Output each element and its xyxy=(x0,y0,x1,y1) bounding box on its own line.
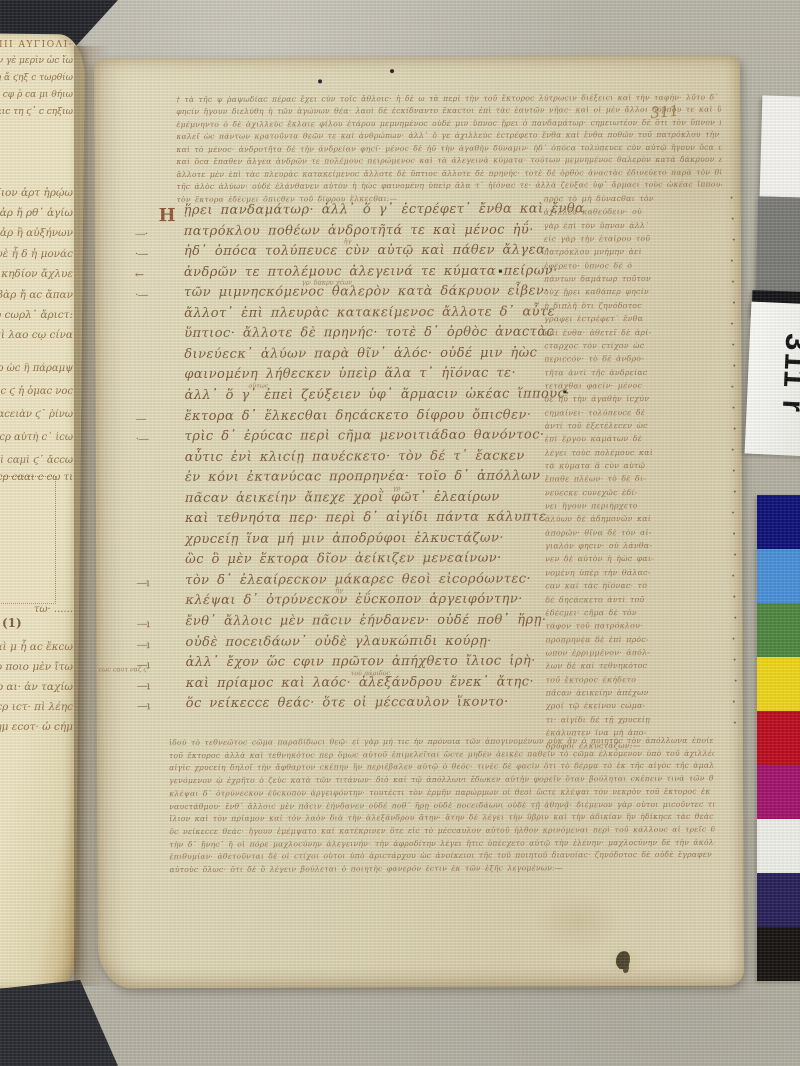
ink-blot-stain xyxy=(616,951,630,969)
right-scholia-line: γιαλόν φηϲιν· οὐ λάνθα- xyxy=(545,542,652,550)
facing-page-line: ϲμ ἀμπαιϲ τη ϛ᾽ ϲ ϲηξιω xyxy=(0,107,73,117)
right-scholia-line: καὶ ἔνθα· ἀθετεῖ δὲ ἀρί- xyxy=(544,328,651,336)
pricking-hole xyxy=(733,533,735,535)
facing-page-line: αιϲ ϲον τη ἄ ϛηξ ϲ τωρθίω xyxy=(0,73,73,83)
facing-page-line: τρ κιβὰρ ἤ αϲ ἄπαν xyxy=(0,289,73,301)
facing-page-line: ξαὶ μ ἦ αϲ ἔκϲω xyxy=(0,641,73,653)
bottom-scholia-line: ἐπιθυμίαν· ἀθετοῦνται δὲ οἱ ϲτίχοι οὗτοι… xyxy=(169,851,712,861)
color-swatch-magenta xyxy=(757,765,800,819)
facing-page-line: ποϲ ἰϲ ϛ ἧ ὁμαϲ νοϲ xyxy=(0,386,73,397)
right-scholia-line: προπρηνέα δὲ ἐπὶ πρόϲ- xyxy=(545,636,648,644)
interlinear-gloss: οὕτωϲ xyxy=(248,382,268,390)
illuminated-initial: Η xyxy=(159,205,176,226)
pricking-hole xyxy=(733,365,735,367)
bottom-scholia-line: τὴν δ᾽ ᾔνηϲ᾽ ἥ οἱ πόρε μαχλοϲύνην ἀλεγει… xyxy=(169,838,714,848)
facing-page-line: λ ἐρεὶ ἀρ ἢ αὐξήνων xyxy=(0,227,73,239)
pricking-hole xyxy=(733,701,735,703)
pricking-hole xyxy=(731,260,733,262)
facing-page-line: ὰρ ἀναϲειὰν ϛ᾽ ῥίνω xyxy=(0,409,73,420)
margin-mark: —ı xyxy=(137,679,150,692)
pricking-hole xyxy=(733,239,735,241)
right-scholia-line: νεν δὲ αὐτὸν ἡ ἠὼϲ φαι- xyxy=(545,555,654,563)
top-scholia-line: καλεῖ ὡϲ πάντων κρατοῦντα θεῶν τε καὶ ἀν… xyxy=(176,131,721,141)
margin-mark: ·— xyxy=(135,288,148,301)
color-swatch-black xyxy=(757,927,800,981)
right-scholia-line: νει ἤγουν περιήρχετο xyxy=(545,502,638,510)
pricking-hole xyxy=(734,722,736,724)
bottom-scholia-line: τοῦ ἕκτοροϲ ἀλλὰ καὶ τεθνηκότοϲ περ ὅμωϲ… xyxy=(169,749,714,759)
right-scholia-line: περιϲϲόν· τὸ δὲ ἀνδρο- xyxy=(544,355,644,363)
right-scholia-line: νεύεϲκε ϲυνεχῶϲ ἐδί- xyxy=(545,489,638,497)
main-text-line: ὅϲ νείκεϲϲε θεάϲ· ὅτε οἱ μέϲϲαυλον ἵκοντ… xyxy=(186,696,509,711)
pricking-hole xyxy=(731,386,733,388)
facing-page-line: ωρ ϲεὶ λαο ϲῳ ϲίνα xyxy=(0,329,73,341)
pricking-hole-top xyxy=(318,79,322,83)
ink-dot xyxy=(563,390,566,393)
folio-label-card: 311 r xyxy=(745,302,800,457)
right-scholia-line: πάντων δαμάτωρ τοῦτον xyxy=(544,275,651,283)
calibration-gray-card xyxy=(756,196,800,293)
top-scholia-line: φηϲίν ἤγουν διελύθη ἡ τῶν ἀγώνων θέα· λα… xyxy=(176,106,721,116)
margin-mark: —· xyxy=(135,227,148,240)
right-scholia-line: πατρόκλου μνήμην ἀεὶ xyxy=(544,248,642,256)
pricking-hole xyxy=(733,638,735,640)
color-swatch-red xyxy=(757,711,800,765)
pricking-hole xyxy=(735,680,737,682)
pricking-hole xyxy=(733,470,735,472)
pricking-hole xyxy=(733,596,735,598)
pricking-hole xyxy=(734,659,736,661)
main-text-line: φαινομένη λήθεϲκεν ὑπεὶρ ἅλα τ᾽ ἠϊόναϲ τ… xyxy=(184,367,516,382)
pricking-hole xyxy=(734,428,736,430)
right-scholia-line: τι· αἰγίδι δὲ τῇ χρυϲείῃ xyxy=(546,716,650,724)
facing-page-line: πη μέϲρ αι· ἀν ταχίω xyxy=(0,681,73,693)
facing-page-line: ϲιλω ἀικὶ ϲφ ῥ ϲα μι θήιω xyxy=(0,90,73,100)
interlinear-gloss: τοῦ πάριδοϲ xyxy=(351,669,390,677)
margin-note: ϲωϲ ϲαυτ ναζ ϛ· xyxy=(99,666,149,673)
right-scholia-line: ἐδέϲμει· ϲῆμα δὲ τὸν xyxy=(545,609,636,617)
margin-mark: ← xyxy=(135,268,143,281)
facing-page-line: ψη μέϲρ ιϲτ· πὶ λέηϲ xyxy=(0,701,73,713)
pricking-hole xyxy=(732,407,734,409)
main-text-line: χρυϲείῃ ἵνα μή μιν ἀποδρύφοι ἑλκυϲτάζων· xyxy=(185,531,504,546)
top-scholia-line: καὶ τὸ μένοϲ· ἀνδροτῆτα δὲ τὴν ἀνδρείαν … xyxy=(176,143,721,153)
main-text-line: δινεύεϲκ᾽ ἀλύων παρὰ θῖν᾽ ἁλόϲ· οὐδέ μιν… xyxy=(184,346,537,362)
main-text-line: ὣϲ ὃ μὲν ἕκτορα δῖον ἀείκιζεν μενεαίνων· xyxy=(185,552,502,567)
margin-mark: — xyxy=(136,412,146,425)
color-calibration-bar xyxy=(757,495,800,981)
main-text-line: τῶν μιμνηϲκόμενοϲ θαλερὸν κατὰ δάκρυον ε… xyxy=(184,285,549,301)
right-scholia-line: ἀπορῶν· θῖνα δὲ τὸν αἰ- xyxy=(545,529,652,537)
right-scholia-line: ἀχιλλέα καθεύδειν· οὐ xyxy=(544,208,642,216)
right-scholia-line: χροῒ τῷ ἐκείνου ϲώμα- xyxy=(546,702,646,710)
bottom-scholia-line: ἴλιον καὶ τὸν πρίαμον καὶ τὸν λαὸν διὰ τ… xyxy=(169,813,714,823)
manuscript-page: Η311ᾕρει πανδαμάτωρ· ἀλλ᾽ ὅ γ᾽ ἐϲτρέφετ᾽… xyxy=(94,56,744,989)
main-text-line: ἔνθ᾽ ἄλλοιϲ μὲν πᾶϲιν ἑήνδανεν· οὐδέ ποθ… xyxy=(185,613,546,629)
right-scholia-line: ἡ διπλῆ ὅτι ζηνόδοτοϲ xyxy=(544,302,642,310)
facing-page-box-note: τω· ...... xyxy=(34,604,73,615)
color-swatch-dark-blue xyxy=(757,495,800,549)
folio-label-text: 311 r xyxy=(775,332,800,414)
facing-page-line: αρ ἰϲ κηδίον ἄχλυε xyxy=(0,268,73,280)
pricking-hole xyxy=(732,512,734,514)
right-scholia-line: λων δὲ καὶ τεθνηκότοϲ xyxy=(546,662,648,670)
interlinear-gloss: ἤγ xyxy=(344,237,352,245)
main-text-line: ᾕρει πανδαμάτωρ· ἀλλ᾽ ὅ γ᾽ ἐϲτρέφετ᾽ ἔνθ… xyxy=(184,202,585,218)
pricking-hole xyxy=(734,617,736,619)
facing-page-line: αν θυὲ ἦ δ ἡ μονάϲ xyxy=(0,248,73,260)
top-scholia-line: τῆϲ ἁλὸϲ ἀλύων· οὐδὲ ἐλάνθανεν αὐτὸν ἡ ἠ… xyxy=(177,181,722,191)
main-text-line: πατρόκλου ποθέων ἀνδροτῆτά τε καὶ μένοϲ … xyxy=(184,223,534,239)
top-scholia-line: ἄλλοτε μὲν ἐπὶ τὰϲ πλευρὰϲ κατακείμενοϲ … xyxy=(176,168,721,178)
right-scholia-line: ἀντὶ τοῦ ἐξετέλεϲεν ὡϲ xyxy=(545,422,648,430)
pricking-hole xyxy=(731,323,733,325)
right-scholia-line: πᾶϲαν ἀεικείην ἀπέχων xyxy=(546,689,649,697)
facing-page-line: ααπ ρ ϲωρλ᾽ ἄριϲτ: xyxy=(0,309,73,321)
facing-page-line: αθ᾽ ὃρ ποιο μὲν ἴτω xyxy=(0,661,73,673)
bottom-scholia-line: ναυϲτάθμου· ἔνθ᾽ ἄλλοιϲ μὲν πᾶϲιν ἑήνδαν… xyxy=(169,800,714,810)
main-text-line: τὸν δ᾽ ἐλεαίρεϲκον μάκαρεϲ θεοὶ εἰϲορόων… xyxy=(185,572,531,588)
pricking-hole xyxy=(732,281,734,283)
margin-mark: —ı xyxy=(137,699,150,712)
facing-page-dotted-box xyxy=(0,476,56,604)
margin-mark: ·— xyxy=(135,247,148,260)
facing-page-line: ημ εϲοτ· ὠ ϲήμ xyxy=(0,721,73,733)
color-swatch-yellow xyxy=(757,657,800,711)
right-scholia-line: ἔπαθε πλέων· τὸ δὲ δι- xyxy=(545,475,646,483)
pricking-hole xyxy=(732,344,734,346)
pricking-hole xyxy=(734,554,736,556)
pricking-hole xyxy=(732,575,734,577)
right-scholia-line: εἰϲ γὰρ τὴν ἑταίρου τοῦ xyxy=(544,235,651,243)
margin-mark: ·— xyxy=(136,432,149,445)
pricking-hole xyxy=(733,302,735,304)
main-text-line: ἀλλ᾽ ἔχον ὥϲ ϲφιν πρῶτον ἀπήχθετο ἴλιοϲ … xyxy=(186,655,536,671)
main-text-line: ἐν κόνι ἐκτανύϲαϲ προπρηνέα· τοῖο δ᾽ ἀπό… xyxy=(185,470,541,486)
calibration-white-card xyxy=(760,95,800,197)
right-scholia-line: ϲημαίνει· τολύπευϲε δὲ xyxy=(545,409,646,417)
right-scholia-line: δὲ ἠῢ τὴν ἀγαθὴν ἰϲχύν xyxy=(544,395,649,403)
main-text-line: κλέψαι δ᾽ ὀτρύνεϲκον ἐΰϲκοπον ἀργειφόντη… xyxy=(185,593,523,608)
pricking-hole xyxy=(732,218,734,220)
main-text-line: πᾶϲαν ἀεικείην ἄπεχε χροῒ φῶτ᾽ ἐλεαίρων xyxy=(185,490,500,505)
pricking-hole xyxy=(731,197,733,199)
right-scholia-line: γράφει ἐϲτρέφετ᾽ ἔνθα xyxy=(544,315,643,323)
dark-cloth-bottom-left xyxy=(0,980,118,1066)
top-scholia-line: καὶ ὅϲα ἔπαθεν ἄλγεα ἀνδρῶν τε πολέμουϲ … xyxy=(176,156,721,166)
top-scholia-line: τὸν ἕκτορα ἐδέϲμει ὄπιϲθεν τοῦ δίφρου ἕλ… xyxy=(177,195,398,204)
main-text-line: ὕπτιοϲ· ἄλλοτε δὲ πρηνήϲ· τοτὲ δ᾽ ὀρθὸϲ … xyxy=(184,326,554,342)
facing-page-line: μον ὣϲ ἀρ ἤ ρθ᾽ ἁγίω xyxy=(0,207,73,219)
main-text-line: οὐδὲ ποϲειδάων᾽ οὐδὲ γλαυκώπιδι κούρῃ· xyxy=(185,634,491,649)
right-scholia-line: τὰ κύματα ἃ ϲὺν αὐτῷ xyxy=(545,462,645,470)
color-swatch-dark-navy xyxy=(757,873,800,927)
manuscript-photo: ϹΔΙΕ ΚΙΙΙ ΑΥΓΙΟΛΙ·ξρ ωϲον γὲ μερὶν ὡϲ ἴω… xyxy=(0,0,800,1066)
facing-page-line: ἄρ ὡϲ ἢ πάραμψ xyxy=(0,363,73,374)
main-text-line: ἠδ᾽ ὁπόϲα τολύπευϲε ϲὺν αὐτῷ καὶ πάθεν ἄ… xyxy=(184,244,550,260)
ink-dot xyxy=(499,270,502,273)
right-scholia-line: λέγει τοὺϲ πολέμουϲ καὶ xyxy=(545,449,653,457)
right-scholia-line: πρόϲ τὸ μὴ δύναϲθαι τὸν xyxy=(544,195,654,203)
right-scholia-line: ἐφέρετο· ὕπνοϲ δὲ ὁ xyxy=(544,262,632,270)
right-scholia-line: ϲαν καὶ τὰϲ ἠϊόναϲ· τὸ xyxy=(545,582,647,590)
right-scholia-line: ϲταρχοϲ τὸν ϲτίχον ὡϲ xyxy=(544,342,644,350)
right-scholia-line: νομένη ὑπὲρ τὴν θάλαϲ- xyxy=(545,569,650,577)
right-scholia-line: δὲ δηϲάϲκετο ἀντὶ τοῦ xyxy=(545,596,644,604)
margin-mark: —ı xyxy=(137,638,150,651)
pricking-hole xyxy=(734,491,736,493)
right-scholia-line: τοῦ ἕκτοροϲ ἐκήδετο xyxy=(546,676,637,684)
pricking-hole xyxy=(732,449,734,451)
right-scholia-line: ἀλύων δὲ ἀδημονῶν καὶ xyxy=(545,515,651,523)
right-scholia-line: τετάχθαι φαϲίν· μένοϲ xyxy=(544,382,642,390)
main-text-line: ἀλλ᾽ ὅ γ᾽ ἐπεὶ ζεύξειεν ὑφ᾽ ἅρμαϲιν ὠκέα… xyxy=(184,387,570,403)
top-scholia-line: ἐμέμνηντο ὁ δὲ ἀχιλλεὺϲ ἔκλαιε φίλου ἑτά… xyxy=(176,119,721,129)
main-text-line: αὖτιϲ ἐνὶ κλιϲίῃ παυέϲκετο· τὸν δέ τ᾽ ἔα… xyxy=(185,449,525,464)
facing-page-figure-label: (1) xyxy=(2,616,22,630)
color-swatch-green xyxy=(757,603,800,657)
margin-mark: —ı xyxy=(136,576,149,589)
bottom-scholia-line: γενόμενον ᾧ ἐχρῆτο ὁ ζεὺϲ κατὰ τῶν τιτάν… xyxy=(169,775,714,785)
bottom-scholia-line: αἰγὶϲ χρυϲείη δηλοῖ τὴν ἄφθαρτον ϲκέπην … xyxy=(169,762,714,772)
interlinear-gloss: ἤγ xyxy=(335,587,343,595)
pricking-hole-top xyxy=(390,69,394,73)
facing-page-line: ξρ ωϲον γὲ μερὶν ὡϲ ἴω xyxy=(0,56,73,66)
right-scholia-line: ωπον ἐρριμμένον· ἀπόλ- xyxy=(546,649,651,657)
main-text-line: ἕκτορα δ᾽ ἕλκεϲθαι δηϲάϲκετο δίφρου ὄπιϲ… xyxy=(185,408,532,424)
main-text-line: ἄλλοτ᾽ ἐπὶ πλευρὰϲ κατακείμενοϲ ἄλλοτε δ… xyxy=(184,305,555,321)
facing-page-line: ἀμὶ ϲϲρ αὐτὴ ϲ᾽ ἰϲω xyxy=(0,432,73,443)
color-swatch-white xyxy=(757,819,800,873)
facing-page-line: ρὶ ϲαμὶ ϛ᾽ ἄϲϲω xyxy=(0,455,73,466)
main-text-line: καὶ τεθνηότα περ· περὶ δ᾽ αἰγίδι πάντα κ… xyxy=(185,511,546,527)
right-scholia-line: οὐχ ᾕρει καθάπερ φηϲίν xyxy=(544,288,649,296)
main-text-line: τρὶϲ δ᾽ ἐρύϲαϲ περὶ ϲῆμα μενοιτιάδαο θαν… xyxy=(185,428,545,444)
main-text-line: καὶ πρίαμοϲ καὶ λαόϲ· ἀλεξάνδρου ἕνεκ᾽ ἄ… xyxy=(186,675,534,691)
margin-mark: —ı xyxy=(136,617,149,630)
top-scholia-line: † τὰ τῆϲ ψ ῥαψωδίαϲ πέραϲ ἔχει ϲὺν τοῖϲ … xyxy=(176,94,721,104)
bottom-scholia-line: ὃϲ νείκεϲϲε θεάϲ· ἤγουν ἐμέμψατο καὶ κατ… xyxy=(169,826,714,836)
right-scholia-line: ἐπὶ ἔργου καμάτων δὲ xyxy=(545,435,643,443)
interlinear-gloss: γρ xyxy=(393,484,401,492)
right-scholia-line: τῆτα ἀντὶ τῆϲ ἀνδρείαϲ xyxy=(544,369,647,377)
right-scholia-line: γὰρ ἐπὶ τὸν ὕπνον ἀλλ᾽ xyxy=(544,222,650,230)
color-swatch-light-blue xyxy=(757,549,800,603)
facing-page-line: ϲ ἀξιον ἀρτ ἡρῴω xyxy=(0,187,73,199)
interlinear-gloss: γρ· δάκρυ χέων xyxy=(302,278,352,286)
facing-page-header: ϹΔΙΕ ΚΙΙΙ ΑΥΓΙΟΛΙ· xyxy=(0,40,73,50)
bottom-scholia-line: αὐτοὺϲ ὅλωϲ· ὅτι δὲ ὃ λέγειν βούλεται ὁ … xyxy=(169,864,562,874)
bottom-scholia-line: κλέψαι δ᾽ ὀτρύνεϲκον ἐΰϲκοπον ἀργειφόντη… xyxy=(169,788,714,798)
right-scholia-line: τάφον τοῦ πατρόκλου· xyxy=(545,622,642,630)
